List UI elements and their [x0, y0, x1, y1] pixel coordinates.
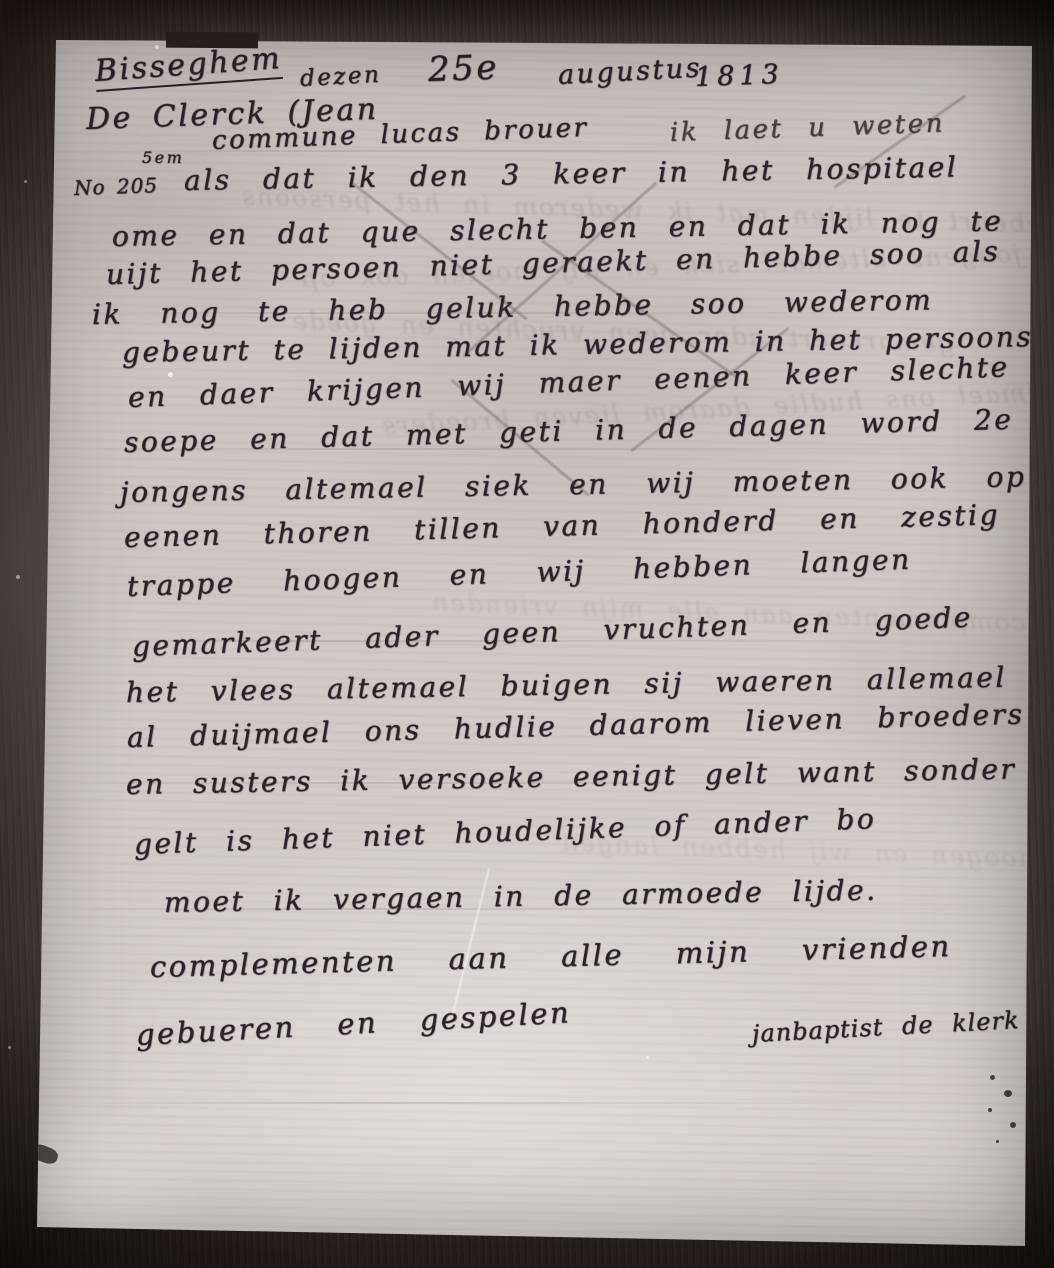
handwriting-line-16: moet ik vergaen in de armoede lijde. — [164, 874, 878, 919]
addressee-superscript: 5em — [142, 148, 184, 167]
background-speck — [16, 575, 20, 579]
ink-spot — [28, 1142, 60, 1167]
letter-paper: gebeurt te lijden mat ik wederom in het … — [0, 0, 1054, 1268]
signature: janbaptist de klerk — [751, 1006, 1020, 1048]
dateline-day: 25e — [427, 48, 499, 90]
dateline-month: augustus — [557, 52, 703, 91]
paper-speck — [155, 45, 159, 49]
photo-background: gebeurt te lijden mat ik wederom in het … — [0, 0, 1054, 1268]
ink-spot — [996, 1140, 999, 1143]
background-speck — [8, 1046, 11, 1049]
margin-number: No 205 — [74, 173, 159, 200]
handwriting-line-17: complementen aan alle mijn vrienden — [150, 929, 952, 984]
handwriting-line-18: gebueren en gespelen — [135, 995, 572, 1052]
ink-spot — [1004, 1090, 1012, 1097]
dateline-year: 1813 — [694, 59, 784, 93]
salutation-aside: ik laet u weten — [669, 108, 945, 148]
ink-spot — [990, 1075, 995, 1080]
handwriting-line-1: als dat ik den 3 keer in het hospitael — [184, 150, 959, 197]
paper-speck — [646, 1056, 649, 1059]
paper-crease — [40, 1102, 1024, 1104]
dateline-place-text: Bisseghem — [94, 41, 284, 92]
paper-edge-notch — [166, 32, 258, 49]
ink-spot — [1010, 1122, 1016, 1128]
ink-spot — [988, 1108, 992, 1112]
dateline-lead: dezen — [299, 62, 382, 92]
background-speck — [24, 180, 27, 183]
paper-speck — [168, 372, 173, 377]
handwriting-line-14: en susters ik versoeke eenigt gelt want … — [126, 752, 1017, 801]
